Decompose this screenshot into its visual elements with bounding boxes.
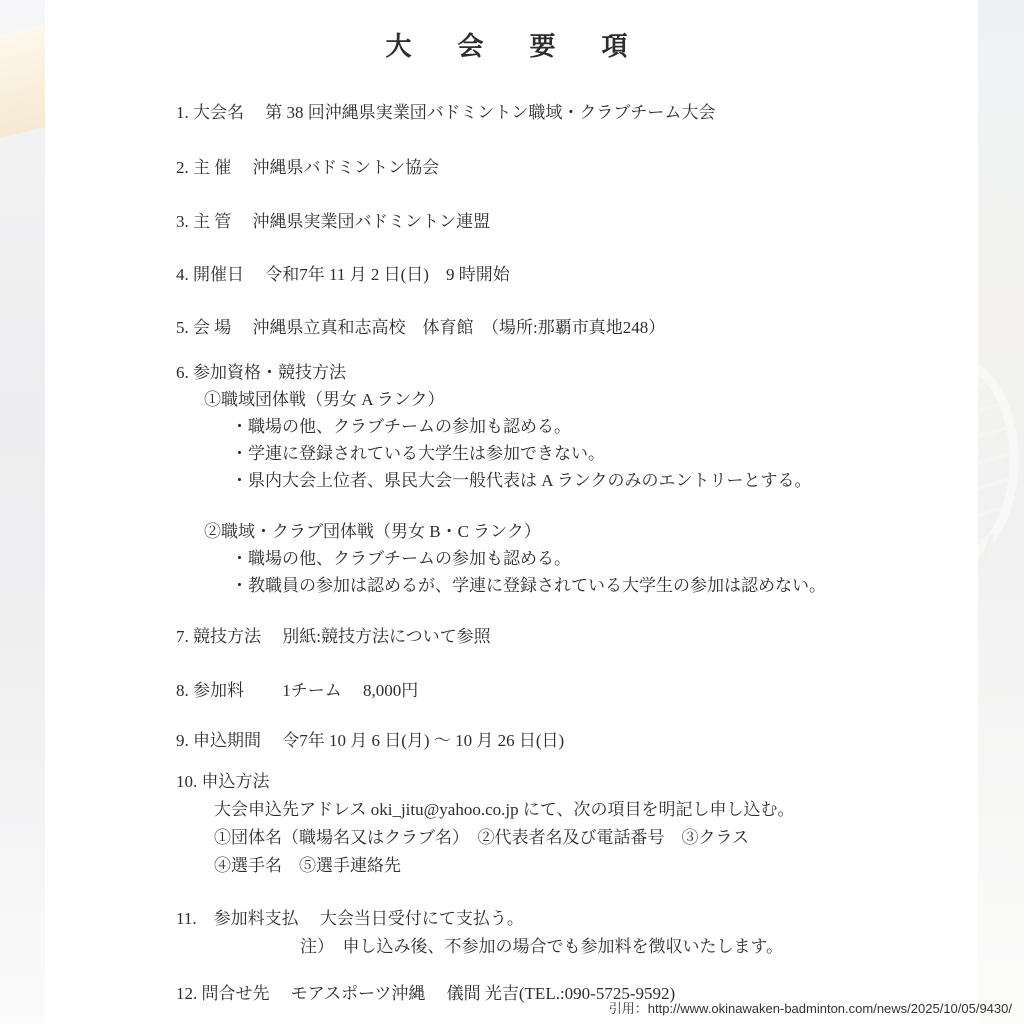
page: 大 会 要 項 1. 大会名 第 38 回沖縄県実業団バドミントン職域・クラブチ… [0, 0, 1024, 1024]
doc-line: ・職場の他、クラブチームの参加も認める。 [231, 413, 978, 440]
background-peach-band [0, 18, 45, 142]
doc-line: ②職域・クラブ団体戦（男女 B・C ランク） [204, 518, 978, 545]
doc-line: ・県内大会上位者、県民大会一般代表は A ランクのみのエントリーとする。 [231, 467, 978, 494]
badminton-racket-ghost-icon [978, 355, 1024, 595]
doc-line: ・学連に登録されている大学生は参加できない。 [231, 440, 978, 467]
document-title: 大 会 要 項 [45, 0, 978, 64]
document-body: 1. 大会名 第 38 回沖縄県実業団バドミントン職域・クラブチーム大会2. 主… [45, 99, 978, 1007]
doc-line: ・教職員の参加は認めるが、学連に登録されている大学生の参加は認めない。 [231, 572, 978, 599]
doc-line: 1. 大会名 第 38 回沖縄県実業団バドミントン職域・クラブチーム大会 [176, 99, 978, 126]
doc-line: 8. 参加料 1チーム 8,000円 [176, 677, 978, 704]
doc-line: 9. 申込期間 令7年 10 月 6 日(月) ～ 10 月 26 日(日) [176, 727, 978, 754]
background-right-strip [978, 0, 1024, 1024]
doc-line: ①団体名（職場名又はクラブ名） ②代表者名及び電話番号 ③クラス [214, 824, 978, 851]
doc-line: 7. 競技方法 別紙:競技方法について参照 [176, 623, 978, 650]
doc-line: 大会申込先アドレス oki_jitu@yahoo.co.jp にて、次の項目を明… [214, 796, 978, 823]
background-left-strip [0, 0, 45, 1024]
doc-line: 3. 主 管 沖縄県実業団バドミントン連盟 [176, 208, 978, 235]
doc-line: ・職場の他、クラブチームの参加も認める。 [231, 545, 978, 572]
doc-line: 11. 参加料支払 大会当日受付にて支払う。 [176, 905, 978, 932]
doc-line: ①職域団体戦（男女 A ランク） [204, 386, 978, 413]
doc-line: 2. 主 催 沖縄県バドミントン協会 [176, 154, 978, 181]
citation-url: 引用：http://www.okinawaken-badminton.com/n… [609, 998, 1012, 1017]
doc-line: 6. 参加資格・競技方法 [176, 359, 978, 386]
doc-line: 5. 会 場 沖縄県立真和志高校 体育館 （場所:那覇市真地248） [176, 314, 978, 341]
document: 大 会 要 項 1. 大会名 第 38 回沖縄県実業団バドミントン職域・クラブチ… [45, 0, 978, 1024]
doc-line: ④選手名 ⑤選手連絡先 [214, 852, 978, 879]
doc-line: 4. 開催日 令和7年 11 月 2 日(日) 9 時開始 [176, 261, 978, 288]
doc-line: 注） 申し込み後、不参加の場合でも参加料を徴収いたします。 [300, 933, 978, 960]
doc-line: 10. 申込方法 [176, 768, 978, 795]
